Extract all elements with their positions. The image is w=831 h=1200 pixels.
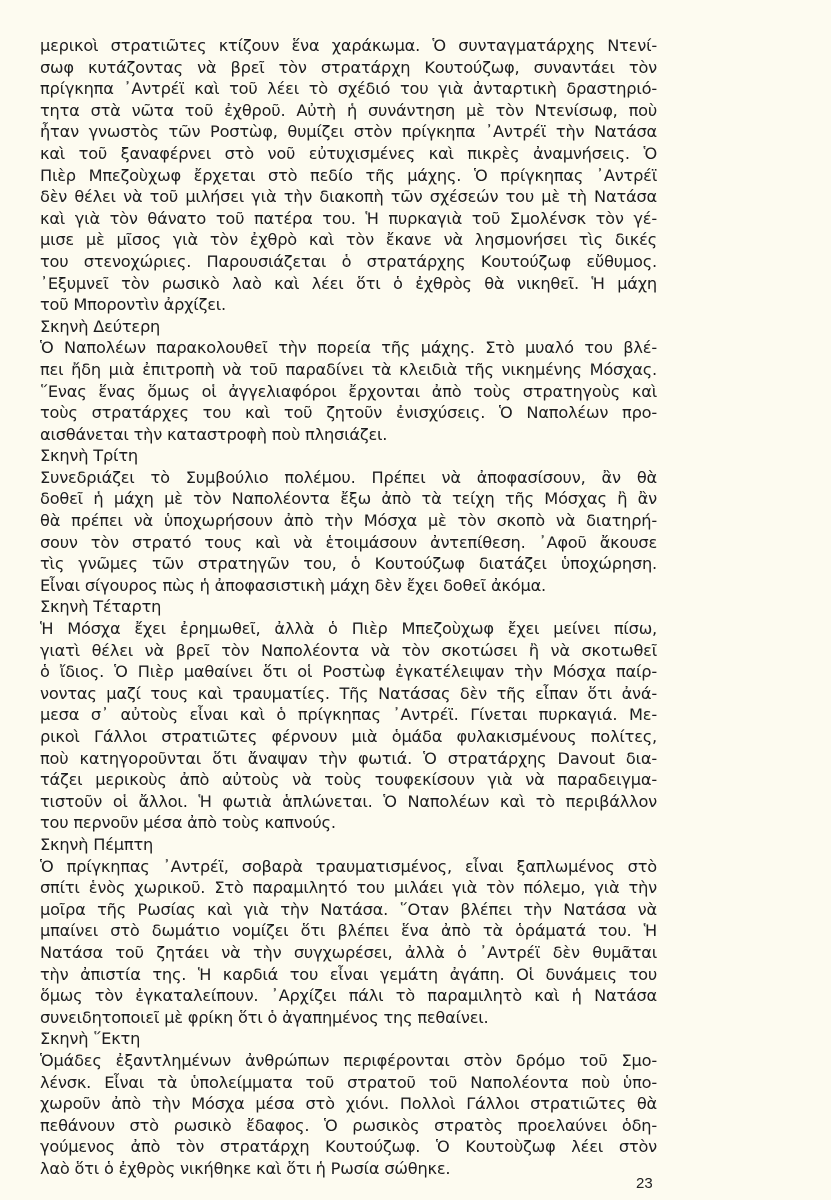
page-number: 23 bbox=[636, 1175, 653, 1192]
text-line: ποὺ κατηγοροῦνται ὅτι ἄναψαν τὴν φωτιά. … bbox=[40, 748, 657, 770]
text-line: τοὺς στρατάρχες του καὶ τοῦ ζητοῦν ἐνισχ… bbox=[40, 402, 657, 424]
text-line: Νατάσα τοῦ ζητάει νὰ τὴν συγχωρέσει, ἀλλ… bbox=[40, 942, 657, 964]
scene-heading: Σκηνὴ Τέταρτη bbox=[40, 596, 657, 618]
section-scene-3: Σκηνὴ Τρίτη Συνεδριάζει τὸ Συμβούλιο πολ… bbox=[40, 445, 657, 596]
text-line: καὶ τοῦ ξαναφέρνει στὸ νοῦ εὐτυχισμένες … bbox=[40, 143, 657, 165]
text-line: ἦταν γνωστὸς τῶν Ροστὼφ, θυμίζει στὸν πρ… bbox=[40, 121, 657, 143]
text-line: πεθάνουν στὸ ρωσικὸ ἔδαφος. Ὁ ρωσικὸς στ… bbox=[40, 1115, 657, 1137]
text-line: ῞Ενας ἕνας ὅμως οἱ ἀγγελιαφόροι ἔρχονται… bbox=[40, 381, 657, 403]
text-line: τητα στὰ νῶτα τοῦ ἐχθροῦ. Αὐτὴ ἡ συνάντη… bbox=[40, 100, 657, 122]
text-line: ρικοὶ Γάλλοι στρατιῶτες φέρνουν μιὰ ὁμάδ… bbox=[40, 726, 657, 748]
text-line: μεσα σ᾿ αὐτοὺς εἶναι καὶ ὁ πρίγκηπας ᾿Αν… bbox=[40, 704, 657, 726]
text-line: σπίτι ἑνὸς χωρικοῦ. Στὸ παραμιλητό του μ… bbox=[40, 877, 657, 899]
scene-heading: Σκηνὴ ῞Εκτη bbox=[40, 1028, 657, 1050]
text-line: μερικοὶ στρατιῶτες κτίζουν ἕνα χαράκωμα.… bbox=[40, 35, 657, 57]
section-intro: μερικοὶ στρατιῶτες κτίζουν ἕνα χαράκωμα.… bbox=[40, 35, 657, 316]
text-line: συνειδητοποιεῖ μὲ φρίκη ὅτι ὁ ἀγαπημένος… bbox=[40, 1007, 657, 1029]
text-line: νοντας μαζί τους καὶ τραυματίες. Τῆς Νατ… bbox=[40, 683, 657, 705]
text-line: του περνοῦν μέσα ἀπὸ τοὺς καπνούς. bbox=[40, 812, 657, 834]
scene-heading: Σκηνὴ Πέμπτη bbox=[40, 834, 657, 856]
text-line: Ἡ Μόσχα ἔχει ἐρημωθεῖ, ἀλλὰ ὁ Πιὲρ Μπεζο… bbox=[40, 618, 657, 640]
text-line: Ὁ Ναπολέων παρακολουθεῖ τὴν πορεία τῆς μ… bbox=[40, 337, 657, 359]
text-line: αισθάνεται τὴν καταστροφὴ ποὺ πλησιάζει. bbox=[40, 424, 657, 446]
text-line: δοθεῖ ἡ μάχη μὲ τὸν Ναπολέοντα ἔξω ἀπὸ τ… bbox=[40, 488, 657, 510]
text-line: τὴν ἀπιστία της. Ἡ καρδιά του εἶναι γεμά… bbox=[40, 964, 657, 986]
text-line: μπαίνει στὸ δωμάτιο νομίζει ὅτι βλέπει ἕ… bbox=[40, 920, 657, 942]
text-line: μισε μὲ μῖσος γιὰ τὸν ἐχθρὸ καὶ τὸν ἔκαν… bbox=[40, 229, 657, 251]
section-scene-6: Σκηνὴ ῞Εκτη Ὁμάδες ἐξαντλημένων ἀνθρώπων… bbox=[40, 1028, 657, 1179]
text-line: Πιὲρ Μπεζοὺχωφ ἔρχεται στὸ πεδίο τῆς μάχ… bbox=[40, 165, 657, 187]
text-line: του στενοχώριες. Παρουσιάζεται ὁ στρατάρ… bbox=[40, 251, 657, 273]
section-scene-5: Σκηνὴ Πέμπτη Ὁ πρίγκηπας ᾿Αντρέϊ, σοβαρὰ… bbox=[40, 834, 657, 1028]
text-line: Ὁμάδες ἐξαντλημένων ἀνθρώπων περιφέροντα… bbox=[40, 1050, 657, 1072]
text-line: Εἶναι σίγουρος πὼς ἡ ἀποφασιστικὴ μάχη δ… bbox=[40, 575, 657, 597]
text-line: ὅμως τὸν ἐγκαταλείπουν. ᾿Αρχίζει πάλι τὸ… bbox=[40, 985, 657, 1007]
text-line: Συνεδριάζει τὸ Συμβούλιο πολέμου. Πρέπει… bbox=[40, 467, 657, 489]
text-line: γιατὶ θέλει νὰ βρεῖ τὸν Ναπολέοντα νὰ τὸ… bbox=[40, 640, 657, 662]
text-line: πει ἤδη μιὰ ἐπιτροπὴ νὰ τοῦ παραδίνει τὰ… bbox=[40, 359, 657, 381]
text-line: χωροῦν ἀπὸ τὴν Μόσχα μέσα στὸ χιόνι. Πολ… bbox=[40, 1093, 657, 1115]
text-line: λένσκ. Εἶναι τὰ ὑπολείμματα τοῦ στρατοῦ … bbox=[40, 1072, 657, 1094]
text-line: τιστοῦν οἱ ἄλλοι. Ἡ φωτιὰ ἁπλώνεται. Ὁ Ν… bbox=[40, 791, 657, 813]
page-body: μερικοὶ στρατιῶτες κτίζουν ἕνα χαράκωμα.… bbox=[40, 35, 657, 1179]
scene-heading: Σκηνὴ Δεύτερη bbox=[40, 316, 657, 338]
text-line: γούμενος ἀπὸ τὸν στρατάρχη Κουτούζωφ. Ὁ … bbox=[40, 1136, 657, 1158]
text-line: δὲν θέλει νὰ τοῦ μιλήσει γιὰ τὴν διακοπὴ… bbox=[40, 186, 657, 208]
text-line: καὶ γιὰ τὸν θάνατο τοῦ πατέρα του. Ἡ πυρ… bbox=[40, 208, 657, 230]
text-line: θὰ πρέπει νὰ ὑποχωρήσουν ἀπὸ τὴν Μόσχα μ… bbox=[40, 510, 657, 532]
text-line: Ὁ πρίγκηπας ᾿Αντρέϊ, σοβαρὰ τραυματισμέν… bbox=[40, 856, 657, 878]
text-line: ᾿Εξυμνεῖ τὸν ρωσικὸ λαὸ καὶ λέει ὅτι ὁ ἐ… bbox=[40, 273, 657, 295]
text-line: τοῦ Μποροντὶν ἀρχίζει. bbox=[40, 294, 657, 316]
text-line: σουν τὸν στρατό τους καὶ νὰ ἑτοιμάσουν ἀ… bbox=[40, 532, 657, 554]
text-line: τὶς γνῶμες τῶν στρατηγῶν του, ὁ Κουτούζω… bbox=[40, 553, 657, 575]
scene-heading: Σκηνὴ Τρίτη bbox=[40, 445, 657, 467]
section-scene-4: Σκηνὴ Τέταρτη Ἡ Μόσχα ἔχει ἐρημωθεῖ, ἀλλ… bbox=[40, 596, 657, 834]
text-line: λαὸ ὅτι ὁ ἐχθρὸς νικήθηκε καὶ ὅτι ἡ Ρωσί… bbox=[40, 1158, 657, 1180]
section-scene-2: Σκηνὴ Δεύτερη Ὁ Ναπολέων παρακολουθεῖ τὴ… bbox=[40, 316, 657, 446]
text-line: μοῖρα τῆς Ρωσίας καὶ γιὰ τὴν Νατάσα. ῞Οτ… bbox=[40, 899, 657, 921]
text-line: πρίγκηπα ᾿Αντρέϊ καὶ τοῦ λέει τὸ σχέδιό … bbox=[40, 78, 657, 100]
text-line: τάζει μερικοὺς ἀπὸ αὐτοὺς νὰ τοὺς τουφεκ… bbox=[40, 769, 657, 791]
text-line: σωφ κυτάζοντας νὰ βρεῖ τὸν στρατάρχη Κου… bbox=[40, 57, 657, 79]
text-line: ὁ ἴδιος. Ὁ Πιὲρ μαθαίνει ὅτι οἱ Ροστὼφ ἐ… bbox=[40, 661, 657, 683]
